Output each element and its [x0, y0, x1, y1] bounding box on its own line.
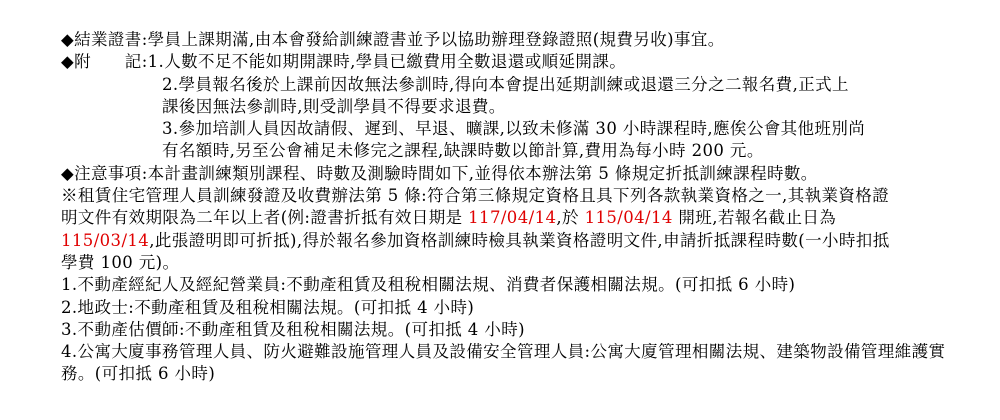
text-line: ◆結業證書:學員上課期滿,由本會發給訓練證書並予以協助辦理登錄證照(規費另收)事…	[61, 29, 980, 51]
text-segment: ◆附 記:1.人數不足不能如期開課時,學員已繳費用全數退還或順延開課。	[61, 52, 626, 71]
text-line: 115/03/14,此張證明即可折抵),得於報名參加資格訓練時檢具執業資格證明文…	[61, 230, 980, 252]
document-body: ◆結業證書:學員上課期滿,由本會發給訓練證書並予以協助辦理登錄證照(規費另收)事…	[61, 29, 980, 386]
text-segment: 2.學員報名後於上課前因故無法參訓時,得向本會提出延期訓練或退還三分之二報名費,…	[162, 75, 849, 94]
text-segment: ◆注意事項:本計畫訓練類別課程、時數及測驗時間如下,並得依本辦法第 5 條規定折…	[61, 164, 818, 183]
text-line: 1.不動產經紀人及經紀營業員:不動產租賃及租稅相關法規、消費者保護相關法規。(可…	[61, 274, 980, 296]
text-line: 務。(可扣抵 6 小時)	[61, 363, 980, 385]
text-line: 2.學員報名後於上課前因故無法參訓時,得向本會提出延期訓練或退還三分之二報名費,…	[61, 74, 980, 96]
text-segment: 開班,若報名截止日為	[673, 208, 836, 227]
highlighted-date: 115/04/14	[585, 208, 673, 227]
text-segment: 有名額時,另至公會補足未修完之課程,缺課時數以節計算,費用為每小時 200 元。	[162, 141, 764, 160]
highlighted-date: 117/04/14	[468, 208, 556, 227]
text-segment: 3.參加培訓人員因故請假、遲到、早退、曠課,以致未修滿 30 小時課程時,應俟公…	[162, 119, 865, 138]
text-segment: ※租賃住宅管理人員訓練發證及收費辦法第 5 條:符合第三條規定資格且具下列各款執…	[61, 186, 889, 205]
text-line: 學費 100 元)。	[61, 252, 980, 274]
text-line: 2.地政士:不動產租賃及租稅相關法規。(可扣抵 4 小時)	[61, 297, 980, 319]
text-segment: 明文件有效期限為二年以上者(例:證書折抵有效日期是	[61, 208, 468, 227]
text-segment: ◆結業證書:學員上課期滿,由本會發給訓練證書並予以協助辦理登錄證照(規費另收)事…	[61, 30, 725, 49]
text-segment: 務。(可扣抵 6 小時)	[61, 364, 215, 383]
text-segment: 1.不動產經紀人及經紀營業員:不動產租賃及租稅相關法規、消費者保護相關法規。(可…	[61, 275, 795, 294]
text-line: 3.不動產估價師:不動產租賃及租稅相關法規。(可扣抵 4 小時)	[61, 319, 980, 341]
text-line: ◆附 記:1.人數不足不能如期開課時,學員已繳費用全數退還或順延開課。	[61, 51, 980, 73]
notice-document: ◆結業證書:學員上課期滿,由本會發給訓練證書並予以協助辦理登錄證照(規費另收)事…	[0, 0, 1000, 420]
text-line: 課後因無法參訓時,則受訓學員不得要求退費。	[61, 96, 980, 118]
text-segment: 4.公寓大廈事務管理人員、防火避難設施管理人員及設備安全管理人員:公寓大廈管理相…	[61, 342, 945, 361]
text-segment: 學費 100 元)。	[61, 253, 179, 272]
text-line: ※租賃住宅管理人員訓練發證及收費辦法第 5 條:符合第三條規定資格且具下列各款執…	[61, 185, 980, 207]
highlighted-date: 115/03/14	[61, 231, 149, 250]
text-line: 3.參加培訓人員因故請假、遲到、早退、曠課,以致未修滿 30 小時課程時,應俟公…	[61, 118, 980, 140]
text-segment: 2.地政士:不動產租賃及租稅相關法規。(可扣抵 4 小時)	[61, 298, 474, 317]
text-segment: 3.不動產估價師:不動產租賃及租稅相關法規。(可扣抵 4 小時)	[61, 320, 525, 339]
text-line: 4.公寓大廈事務管理人員、防火避難設施管理人員及設備安全管理人員:公寓大廈管理相…	[61, 341, 980, 363]
text-line: ◆注意事項:本計畫訓練類別課程、時數及測驗時間如下,並得依本辦法第 5 條規定折…	[61, 163, 980, 185]
text-segment: ,此張證明即可折抵),得於報名參加資格訓練時檢具執業資格證明文件,申請折抵課程時…	[149, 231, 889, 250]
text-line: 有名額時,另至公會補足未修完之課程,缺課時數以節計算,費用為每小時 200 元。	[61, 140, 980, 162]
text-segment: ,於	[556, 208, 584, 227]
text-segment: 課後因無法參訓時,則受訓學員不得要求退費。	[162, 97, 506, 116]
text-line: 明文件有效期限為二年以上者(例:證書折抵有效日期是 117/04/14,於 11…	[61, 207, 980, 229]
